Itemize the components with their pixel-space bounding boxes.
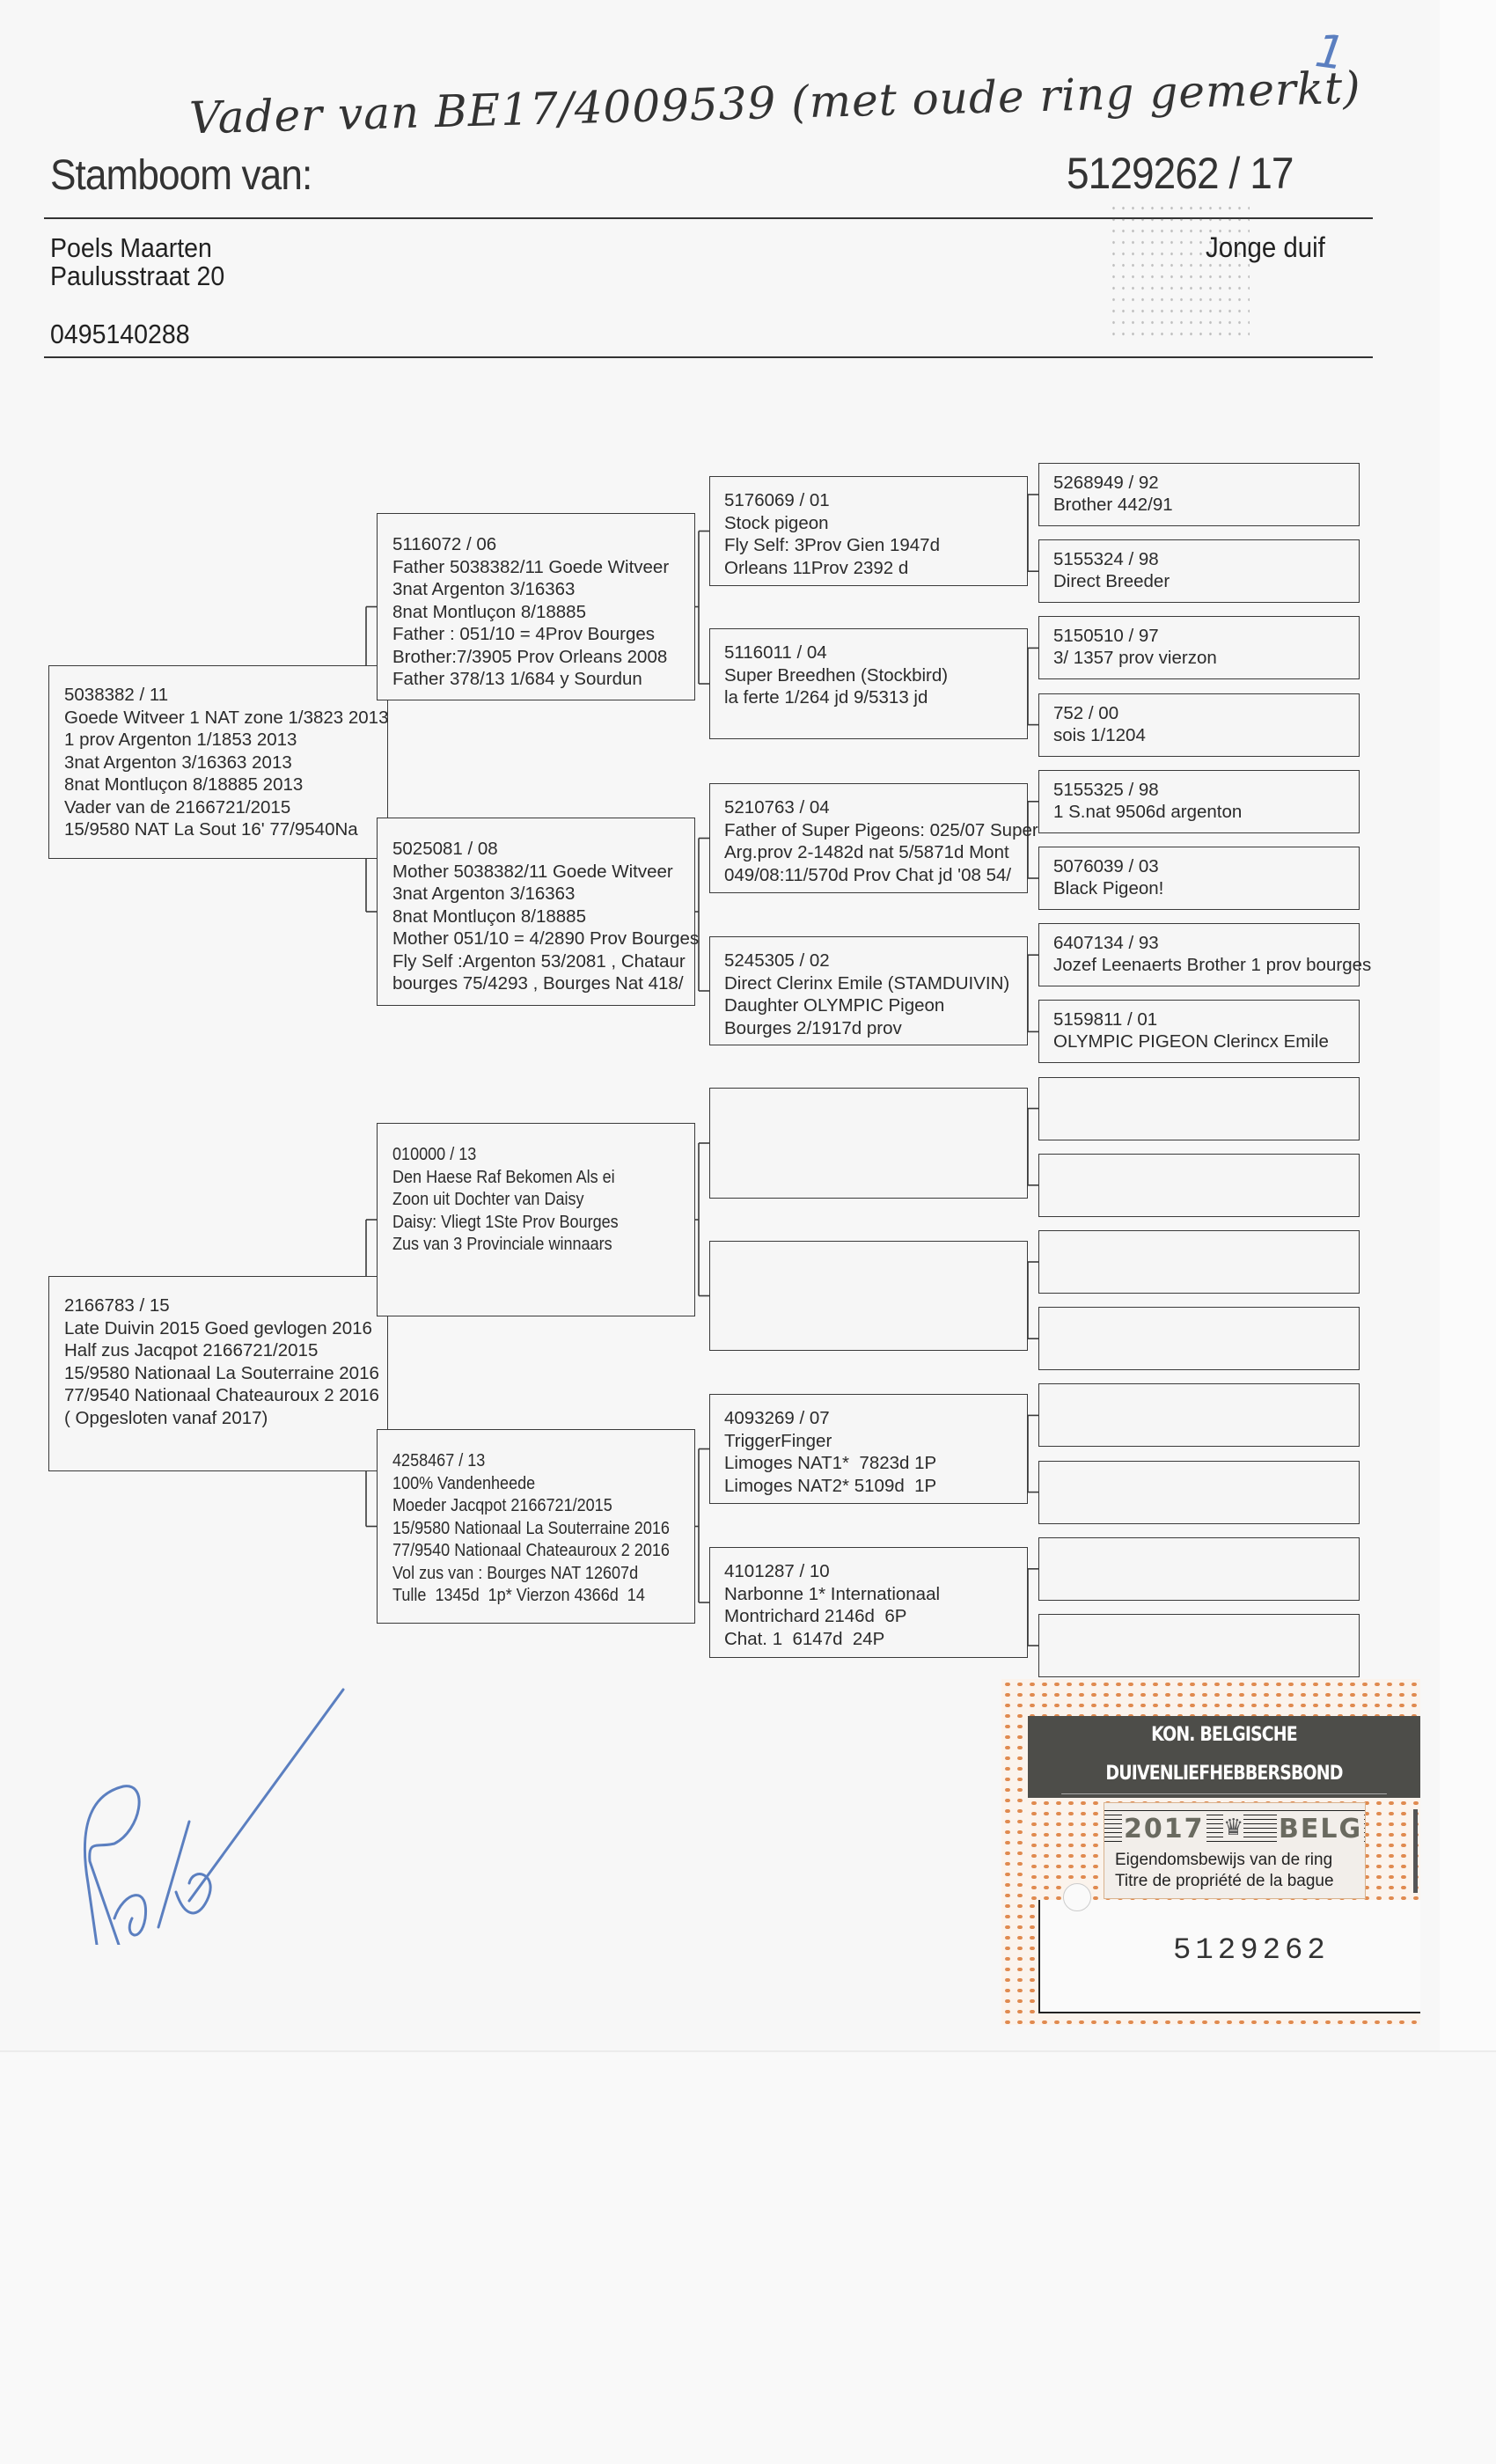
pedigree-box-text: 4258467 / 13 100% Vandenheede Moeder Jac… bbox=[392, 1449, 670, 1607]
ring-number: 5129262 / 17 bbox=[1067, 148, 1294, 199]
pedigree-box-gen4-7: 6407134 / 93 Jozef Leenaerts Brother 1 p… bbox=[1038, 923, 1360, 986]
pedigree-box-gen4-5: 5155325 / 98 1 S.nat 9506d argenton bbox=[1038, 770, 1360, 833]
owner-divider bbox=[44, 356, 1373, 358]
pedigree-box-text: 5076039 / 03 Black Pigeon! bbox=[1053, 855, 1163, 899]
pedigree-box-gen4-15 bbox=[1038, 1537, 1360, 1601]
pedigree-box-text: 5176069 / 01 Stock pigeon Fly Self: 3Pro… bbox=[724, 489, 940, 579]
certificate-year-row: 2017 ♛ BELG bbox=[1104, 1810, 1365, 1844]
signature bbox=[35, 1654, 370, 1945]
certificate-ring-number: 5129262 bbox=[1173, 1934, 1330, 1968]
pedigree-box-text: 010000 / 13 Den Haese Raf Bekomen Als ei… bbox=[392, 1143, 619, 1256]
ring-certificate: KON. BELGISCHE DUIVENLIEFHEBBERSBOND ROY… bbox=[1001, 1679, 1420, 2025]
page-title: Stamboom van: bbox=[50, 151, 312, 200]
pedigree-box-gen4-4: 752 / 00 sois 1/1204 bbox=[1038, 693, 1360, 757]
pedigree-box-gen2-4: 4258467 / 13 100% Vandenheede Moeder Jac… bbox=[377, 1429, 695, 1624]
pedigree-box-gen3-5 bbox=[709, 1088, 1028, 1199]
pedigree-box-text: 5268949 / 92 Brother 442/91 bbox=[1053, 472, 1173, 516]
certificate-country: BELG bbox=[1277, 1814, 1364, 1844]
scan-background bbox=[0, 2050, 1496, 2464]
pedigree-box-text: 4093269 / 07 TriggerFinger Limoges NAT1*… bbox=[724, 1407, 936, 1497]
owner-address: Paulusstraat 20 bbox=[50, 262, 224, 290]
pedigree-box-text: 5155324 / 98 Direct Breeder bbox=[1053, 548, 1170, 592]
pedigree-box-gen3-4: 5245305 / 02 Direct Clerinx Emile (STAMD… bbox=[709, 936, 1028, 1045]
pedigree-box-gen4-11 bbox=[1038, 1230, 1360, 1294]
pedigree-box-gen4-9 bbox=[1038, 1077, 1360, 1140]
certificate-label-nl: Eigendomsbewijs van de ring bbox=[1115, 1851, 1332, 1870]
certificate-bar bbox=[1413, 1809, 1418, 1893]
pedigree-box-gen4-8: 5159811 / 01 OLYMPIC PIGEON Clerincx Emi… bbox=[1038, 1000, 1360, 1063]
pedigree-box-gen2-3: 010000 / 13 Den Haese Raf Bekomen Als ei… bbox=[377, 1123, 695, 1316]
pedigree-box-text: 5025081 / 08 Mother 5038382/11 Goede Wit… bbox=[392, 838, 699, 995]
owner-phone: 0495140288 bbox=[50, 319, 190, 350]
pedigree-box-gen3-8: 4101287 / 10 Narbonne 1* Internationaal … bbox=[709, 1547, 1028, 1658]
certificate-label: 2017 ♛ BELG Eigendomsbewijs van de ring … bbox=[1104, 1802, 1366, 1899]
pedigree-box-gen1-2: 2166783 / 15 Late Duivin 2015 Goed gevlo… bbox=[48, 1276, 388, 1471]
pedigree-box-gen2-1: 5116072 / 06 Father 5038382/11 Goede Wit… bbox=[377, 513, 695, 700]
pedigree-box-text: 5150510 / 97 3/ 1357 prov vierzon bbox=[1053, 625, 1217, 669]
pedigree-box-gen4-3: 5150510 / 97 3/ 1357 prov vierzon bbox=[1038, 616, 1360, 679]
pedigree-box-gen4-12 bbox=[1038, 1307, 1360, 1370]
pedigree-box-gen4-13 bbox=[1038, 1383, 1360, 1447]
pedigree-box-gen3-3: 5210763 / 04 Father of Super Pigeons: 02… bbox=[709, 783, 1028, 893]
pedigree-box-text: 752 / 00 sois 1/1204 bbox=[1053, 702, 1146, 746]
pedigree-box-gen4-10 bbox=[1038, 1154, 1360, 1217]
pedigree-box-text: 5116072 / 06 Father 5038382/11 Goede Wit… bbox=[392, 533, 669, 691]
crown-icon: ♛ bbox=[1223, 1814, 1243, 1841]
pedigree-box-gen4-14 bbox=[1038, 1461, 1360, 1524]
bird-status: Jonge duif bbox=[1206, 231, 1325, 264]
pedigree-box-gen3-7: 4093269 / 07 TriggerFinger Limoges NAT1*… bbox=[709, 1394, 1028, 1504]
org-name-nl: KON. BELGISCHE DUIVENLIEFHEBBERSBOND bbox=[1061, 1716, 1387, 1794]
pedigree-box-gen4-6: 5076039 / 03 Black Pigeon! bbox=[1038, 847, 1360, 910]
certificate-label-fr: Titre de propriété de la bague bbox=[1115, 1872, 1334, 1891]
certificate-banner: KON. BELGISCHE DUIVENLIEFHEBBERSBOND ROY… bbox=[1028, 1716, 1420, 1798]
pedigree-box-text: 2166783 / 15 Late Duivin 2015 Goed gevlo… bbox=[64, 1294, 379, 1429]
pedigree-box-text: 4101287 / 10 Narbonne 1* Internationaal … bbox=[724, 1560, 940, 1650]
punch-hole bbox=[1063, 1883, 1091, 1911]
owner-block: Poels Maarten Paulusstraat 20 bbox=[50, 234, 224, 290]
pedigree-box-gen4-16 bbox=[1038, 1614, 1360, 1677]
pedigree-box-text: 5038382 / 11 Goede Witveer 1 NAT zone 1/… bbox=[64, 684, 388, 841]
pedigree-box-gen2-2: 5025081 / 08 Mother 5038382/11 Goede Wit… bbox=[377, 818, 695, 1006]
owner-name: Poels Maarten bbox=[50, 234, 224, 262]
pedigree-box-gen3-2: 5116011 / 04 Super Breedhen (Stockbird) … bbox=[709, 628, 1028, 739]
pedigree-box-gen4-2: 5155324 / 98 Direct Breeder bbox=[1038, 539, 1360, 603]
pedigree-box-gen1-1: 5038382 / 11 Goede Witveer 1 NAT zone 1/… bbox=[48, 665, 388, 859]
pedigree-box-gen3-1: 5176069 / 01 Stock pigeon Fly Self: 3Pro… bbox=[709, 476, 1028, 586]
pedigree-box-text: 5245305 / 02 Direct Clerinx Emile (STAMD… bbox=[724, 950, 1009, 1039]
pedigree-box-text: 5116011 / 04 Super Breedhen (Stockbird) … bbox=[724, 642, 948, 709]
pedigree-box-gen4-1: 5268949 / 92 Brother 442/91 bbox=[1038, 463, 1360, 526]
certificate-year: 2017 bbox=[1122, 1814, 1206, 1844]
pedigree-box-text: 5159811 / 01 OLYMPIC PIGEON Clerincx Emi… bbox=[1053, 1008, 1329, 1052]
toner-speckle bbox=[1109, 202, 1250, 343]
pedigree-box-gen3-6 bbox=[709, 1241, 1028, 1351]
pedigree-box-text: 5155325 / 98 1 S.nat 9506d argenton bbox=[1053, 779, 1242, 823]
pedigree-box-text: 5210763 / 04 Father of Super Pigeons: 02… bbox=[724, 796, 1038, 886]
pedigree-box-text: 6407134 / 93 Jozef Leenaerts Brother 1 p… bbox=[1053, 932, 1371, 976]
